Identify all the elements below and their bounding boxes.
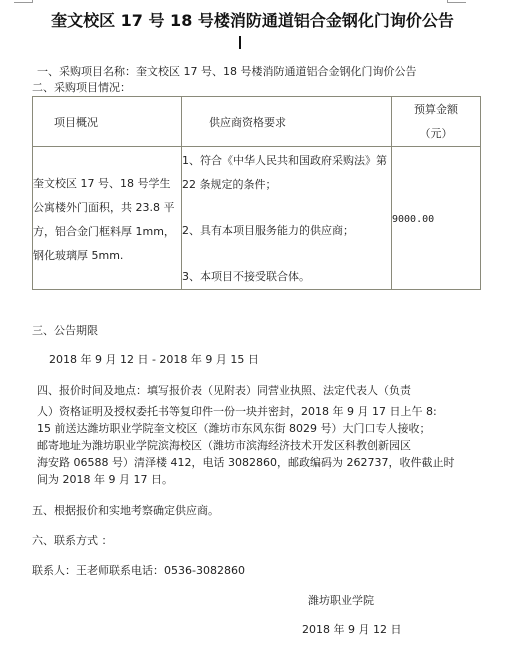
section-4-line: 海安路 06588 号）清泽楼 412，电话 3082860，邮政编码为 262… — [37, 454, 457, 471]
page-corner-mark-right — [447, 0, 466, 3]
section-1-value: 奎文校区 17 号、18 号楼消防通道铝合金钢化门询价公告 — [136, 65, 416, 78]
cell-budget: 9000.00 — [392, 147, 481, 290]
section-3-label: 三、公告期限 — [32, 322, 98, 338]
text-cursor — [239, 36, 241, 49]
header-requirements: 供应商资格要求 — [182, 97, 392, 147]
section-4-line: 15 前送达潍坊职业学院奎文校区（潍坊市东风东街 8029 号）大门口专人接收； — [37, 420, 457, 437]
procurement-table: 项目概况 供应商资格要求 预算金额 （元） 奎文校区 17 号、18 号学生公寓… — [32, 96, 481, 290]
section-2-label: 二、采购项目情况： — [32, 79, 131, 95]
cell-overview: 奎文校区 17 号、18 号学生公寓楼外门面积，共 23.8 平方，铝合金门框料… — [33, 147, 182, 290]
document-title: 奎文校区 17 号 18 号楼消防通道铝合金钢化门询价公告 — [0, 8, 505, 31]
header-budget: 预算金额 （元） — [392, 97, 481, 147]
section-4-paragraph: 四、报价时间及地点：填写报价表（见附表）同营业执照、法定代表人（负责 人）资格证… — [37, 382, 457, 488]
section-4-line: 邮寄地址为潍坊职业学院滨海校区（潍坊市滨海经济技术开发区科教创新园区 — [37, 437, 457, 454]
signature-org: 潍坊职业学院 — [308, 592, 374, 608]
header-budget-label: 预算金额 — [392, 98, 480, 122]
requirement-item: 3、本项目不接受联合体。 — [182, 265, 391, 289]
section-6-label: 六、联系方式 ： — [32, 532, 113, 548]
cell-requirements: 1、符合《中华人民共和国政府采购法》第 22 条规定的条件； 2、具有本项目服务… — [182, 147, 392, 290]
header-budget-unit: （元） — [392, 122, 480, 146]
announcement-period: 2018 年 9 月 12 日 - 2018 年 9 月 15 日 — [49, 351, 259, 367]
table-header-row: 项目概况 供应商资格要求 预算金额 （元） — [33, 97, 481, 147]
section-1-label: 一、采购项目名称： — [37, 65, 136, 78]
requirement-item: 2、具有本项目服务能力的供应商； — [182, 219, 391, 243]
section-4-line: 四、报价时间及地点：填写报价表（见附表）同营业执照、法定代表人（负责 — [37, 382, 457, 399]
section-5-text: 五、根据报价和实地考察确定供应商。 — [32, 502, 219, 518]
section-1-line: 一、采购项目名称：奎文校区 17 号、18 号楼消防通道铝合金钢化门询价公告 — [37, 63, 416, 79]
contact-info: 联系人：王老师联系电话：0536-3082860 — [32, 562, 245, 578]
page-corner-mark-left — [14, 0, 33, 3]
requirement-item: 1、符合《中华人民共和国政府采购法》第 22 条规定的条件； — [182, 149, 391, 197]
header-overview: 项目概况 — [33, 97, 182, 147]
signature-date: 2018 年 9 月 12 日 — [302, 621, 401, 637]
table-row: 奎文校区 17 号、18 号学生公寓楼外门面积，共 23.8 平方，铝合金门框料… — [33, 147, 481, 290]
budget-value: 9000.00 — [392, 214, 434, 225]
section-4-line: 人）资格证明及授权委托书等复印件一份一块并密封，2018 年 9 月 17 日上… — [37, 403, 457, 420]
section-4-line: 间为 2018 年 9 月 17 日。 — [37, 471, 457, 488]
